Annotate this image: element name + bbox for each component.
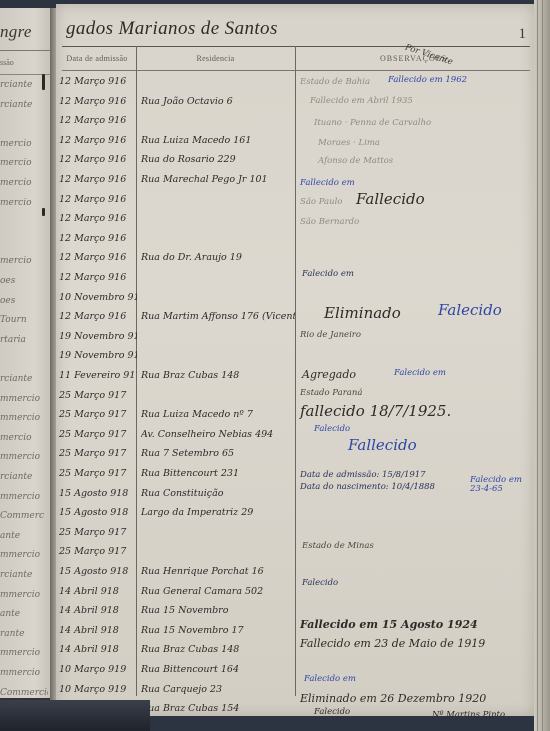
observation-note-blue: Falecido [438,301,502,319]
residence: Rua Bittencourt 164 [141,664,295,675]
admission-date: 25 Março 917 [59,409,137,420]
residence: Rua 15 Novembro [141,605,295,616]
admission-date: 10 Março 919 [59,684,137,695]
left-page-occupation: Commercio [0,688,48,698]
table-row: 25 Março 917Rua Bittencourt 231 [56,464,534,484]
left-page-occupation: mmercio [0,668,48,678]
table-row: 25 Março 917Rua Luiza Macedo nº 7 [56,405,534,425]
divider [62,46,530,47]
table-row: 25 Março 917 [56,386,534,406]
observation-note: Data do nascimento: 10/4/1888 [300,482,435,492]
left-page-title: ngre [0,22,32,42]
table-row: 15 Agosto 918Rua Constituição [56,484,534,504]
admission-date: 12 Março 916 [59,252,137,263]
table-row: 12 Março 916 [56,190,534,210]
observation-note: Moraes · Lima [318,138,380,148]
residence: Rua Luiza Macedo nº 7 [141,409,295,420]
left-page-occupation: oes [0,296,48,306]
residence: Rua João Octavio 6 [141,96,295,107]
admission-date: 12 Março 916 [59,233,137,244]
admission-date: 12 Março 916 [59,174,137,185]
admission-date: 25 Março 917 [59,527,137,538]
left-page-occupation: Tourn [0,315,48,325]
margin-mark [42,74,45,90]
table-row: 15 Agosto 918Largo da Imperatriz 29 [56,503,534,523]
book-shadow [0,700,150,731]
table-row: 19 Novembro 916 [56,346,534,366]
table-row: 25 Março 917 [56,523,534,543]
table-row: 15 Agosto 918Rua Henrique Porchat 16 [56,562,534,582]
admission-date: 10 Março 919 [59,664,137,675]
residence: Rua Luiza Macedo 161 [141,135,295,146]
admission-date: 12 Março 916 [59,135,137,146]
observation-note: Fallecido em 23 de Maio de 1919 [300,637,485,650]
left-page-occupation: rante [0,629,48,639]
observation-note: Fallecido em 15 Agosto 1924 [300,618,478,631]
table-row: 25 Março 917 [56,542,534,562]
table-row: 25 Março 917Av. Conselheiro Nebias 494 [56,425,534,445]
left-page-occupation: mmercio [0,550,48,560]
table-row: 12 Março 916Rua do Rosario 229 [56,150,534,170]
observation-note-blue: Fallecido em [300,178,355,188]
residence: Rua Marechal Pego Jr 101 [141,174,295,185]
observation-note: Data de admissão: 15/8/1917 [300,470,426,480]
left-page-occupation: mmercio [0,648,48,658]
left-page-occupation: mercio [0,198,48,208]
admission-date: 12 Março 916 [59,115,137,126]
observation-note-blue: Fallecido em 1962 [388,75,467,85]
residence: Rua Bittencourt 231 [141,468,295,479]
residence: Largo da Imperatriz 29 [141,507,295,518]
observation-note: Nº Martins Pinto [432,710,505,720]
table-row: 12 Março 916 [56,229,534,249]
left-page-occupation: rciante [0,374,48,384]
observation-note: São Bernardo [300,217,359,227]
admission-date: 25 Março 917 [59,390,137,401]
observation-note: Fallecido [356,190,425,208]
admission-date: 15 Agosto 918 [59,488,137,499]
column-header-residence: Residencia [136,54,295,63]
residence: Rua Carquejo 23 [141,684,295,695]
residence: Rua Henrique Porchat 16 [141,566,295,577]
admission-date: 12 Março 916 [59,272,137,283]
divider [0,50,50,51]
table-row: 12 Março 916Rua João Octavio 6 [56,92,534,112]
admission-date: 12 Março 916 [59,213,137,224]
residence: Rua do Dr. Araujo 19 [141,252,295,263]
residence: Rua Martim Affonso 176 (Vicente) [141,311,295,322]
observation-note-blue: Falecido em [394,368,446,378]
observation-note-blue: Falecido em 23-4-65 [470,476,526,494]
table-row: 12 Março 916Rua Marechal Pego Jr 101 [56,170,534,190]
observation-note: Rio de Janeiro [300,330,361,340]
admission-date: 11 Fevereiro 917 [59,370,137,381]
observation-note: Eliminado [324,304,401,322]
observation-note: fallecido 18/7/1925. [300,402,451,420]
left-page-occupation: rtaria [0,335,48,345]
left-page-occupation: mmercio [0,590,48,600]
admission-date: 14 Abril 918 [59,644,137,655]
residence: Rua Braz Cubas 148 [141,644,295,655]
table-row: 10 Março 919Rua Bittencourt 164 [56,660,534,680]
observation-note: São Paulo [300,197,342,207]
residence: Rua Braz Cubas 154 [141,703,295,714]
left-page-occupation: mmercio [0,452,48,462]
left-page-occupation: rciante [0,472,48,482]
page-title: gados Marianos de Santos [66,18,278,40]
observation-note: Eliminado em 26 Dezembro 1920 [300,692,486,705]
left-page-occupation: mmercio [0,413,48,423]
left-page-occupation: Commerc [0,511,48,521]
admission-date: 10 Novembro 916 [59,292,137,303]
admission-date: 25 Março 917 [59,468,137,479]
left-page-occupation: mmercio [0,492,48,502]
table-row: 12 Março 916Rua do Dr. Araujo 19 [56,248,534,268]
residence: Rua 7 Setembro 65 [141,448,295,459]
admission-date: 14 Abril 918 [59,605,137,616]
table-row: 25 Março 917Rua 7 Setembro 65 [56,444,534,464]
column-header-admission-date: Data de admissão [58,54,136,63]
left-page-occupation: ante [0,609,48,619]
observation-note: Falecido [302,578,338,588]
admission-date: 19 Novembro 916 [59,350,137,361]
observation-note: Estado de Minas [302,541,374,551]
left-page-occupation: rciante [0,570,48,580]
left-page-occupation: rciante [0,100,48,110]
admission-date: 12 Março 916 [59,194,137,205]
page-number: 1 [519,26,527,43]
table-row: 12 Março 916 [56,268,534,288]
left-page-occupation: mercio [0,256,48,266]
table-row: 12 Março 916Rua Luiza Macedo 161 [56,131,534,151]
observation-note: Fallecido em Abril 1935 [310,96,413,106]
left-page-occupation: mercio [0,158,48,168]
residence: Rua General Camara 502 [141,586,295,597]
observation-note: Falecido [314,707,350,717]
admission-date: 25 Março 917 [59,429,137,440]
left-page-occupation: oes [0,276,48,286]
table-row: 14 Abril 918Rua General Camara 502 [56,582,534,602]
observation-note-blue: Fallecido [348,436,417,454]
admission-date: 25 Março 917 [59,448,137,459]
observation-note: Estado Paraná [300,388,362,398]
admission-date: 25 Março 917 [59,546,137,557]
table-row: 19 Novembro 916 [56,327,534,347]
left-page-occupation: ante [0,531,48,541]
table-row: 11 Fevereiro 917Rua Braz Cubas 148 [56,366,534,386]
left-page-occupation: mercio [0,139,48,149]
table-row: 12 Março 916 [56,209,534,229]
observation-note-blue: Falecido em [304,674,356,684]
ledger-page: gados Marianos de Santos 1 Data de admis… [56,4,534,716]
residence: Rua 15 Novembro 17 [141,625,295,636]
admission-date: 14 Abril 918 [59,586,137,597]
observation-note: Agregado [302,368,356,381]
observation-note: Falecido em [302,269,354,279]
left-page-fragment: ngre ssão rcianterciantemerciomerciomerc… [0,8,52,698]
residence: Av. Conselheiro Nebias 494 [141,429,295,440]
admission-date: 12 Março 916 [59,96,137,107]
left-page-occupation: mercio [0,178,48,188]
admission-date: 12 Março 916 [59,311,137,322]
divider [62,70,530,71]
table-row: 12 Março 916 [56,111,534,131]
observation-note: Ituano · Penna de Carvalho [314,118,431,128]
residence: Rua do Rosario 229 [141,154,295,165]
residence: Rua Braz Cubas 148 [141,370,295,381]
observation-note: Estado de Bahia [300,77,370,87]
observation-note-blue: Falecido [314,424,350,434]
left-page-occupation: rciante [0,80,48,90]
admission-date: 12 Março 916 [59,76,137,87]
admission-date: 15 Agosto 918 [59,566,137,577]
left-page-occupation: mercio [0,433,48,443]
admission-date: 19 Novembro 916 [59,331,137,342]
admission-date: 14 Abril 918 [59,625,137,636]
left-page-occupation: mmercio [0,394,48,404]
admission-date: 12 Março 916 [59,154,137,165]
margin-mark [42,208,45,216]
residence: Rua Constituição [141,488,295,499]
page-edge [534,0,550,731]
admission-date: 15 Agosto 918 [59,507,137,518]
left-page-column-header: ssão [0,58,14,67]
observation-note: Afonso de Mattos [318,156,393,166]
